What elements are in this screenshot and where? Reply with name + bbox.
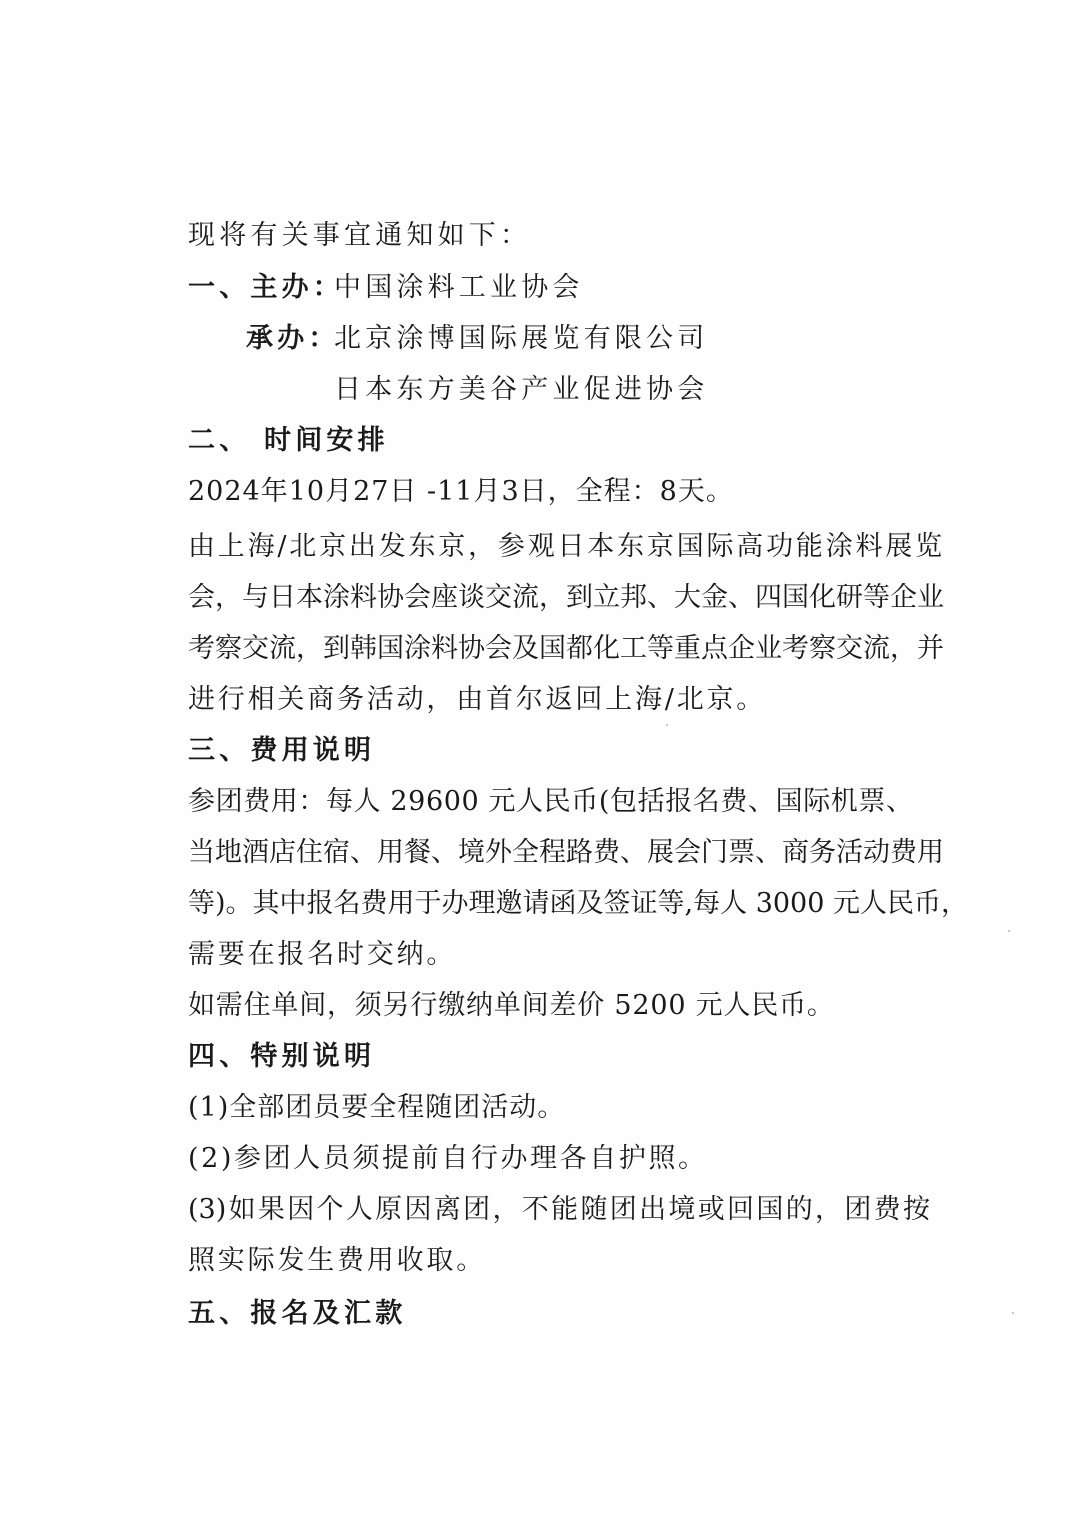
organizer-2: 日本东方美谷产业促进协会 (334, 372, 708, 408)
document-page: 现将有关事宜通知如下： 一、主办： 中国涂料工业协会 承办： 北京涂博国际展览有… (0, 0, 1080, 1527)
fee-line-4: 需要在报名时交纳。 (188, 937, 456, 973)
special-note-3-continuation: 照实际发生费用收取。 (188, 1243, 486, 1279)
fee-line-3: 等)。其中报名费用于办理邀请函及签证等,每人 3000 元人民币， (188, 886, 930, 922)
itinerary-line-1: 由上海/北京出发东京，参观日本东京国际高功能涂料展览 (188, 529, 945, 565)
section3-heading: 三、费用说明 (188, 733, 375, 769)
special-note-1: (1)全部团员要全程随团活动。 (188, 1090, 565, 1126)
date-range: 2024年10月27日 -11月3日，全程：8天。 (188, 474, 734, 510)
intro-text: 现将有关事宜通知如下： (188, 218, 531, 254)
fee-line-2: 当地酒店住宿、用餐、境外全程路费、展会门票、商务活动费用 (188, 835, 930, 871)
fee-line-1: 参团费用：每人 29600 元人民币(包括报名费、国际机票、 (188, 784, 914, 820)
special-note-3: (3)如果因个人原因离团，不能随团出境或回国的，团费按 (188, 1192, 930, 1228)
organizer-1: 北京涂博国际展览有限公司 (334, 321, 708, 357)
scan-speck (666, 724, 668, 726)
itinerary-line-2: 会，与日本涂料协会座谈交流，到立邦、大金、四国化研等企业 (188, 580, 930, 616)
scan-speck (1012, 1312, 1014, 1314)
itinerary-line-3: 考察交流，到韩国涂料协会及国都化工等重点企业考察交流，并 (188, 631, 930, 667)
section4-heading: 四、特别说明 (188, 1039, 375, 1075)
host-organization: 中国涂料工业协会 (334, 270, 584, 306)
single-room-note: 如需住单间，须另行缴纳单间差价 5200 元人民币。 (188, 988, 835, 1024)
itinerary-line-4: 进行相关商务活动，由首尔返回上海/北京。 (188, 682, 766, 718)
scan-speck (1008, 930, 1010, 932)
organizer-label: 承办： (246, 321, 340, 357)
special-note-2: (2)参团人员须提前自行办理各自护照。 (188, 1141, 708, 1177)
section1-heading: 一、主办： (188, 270, 344, 306)
section2-heading: 二、 时间安排 (188, 423, 389, 459)
section5-heading: 五、报名及汇款 (188, 1296, 406, 1332)
